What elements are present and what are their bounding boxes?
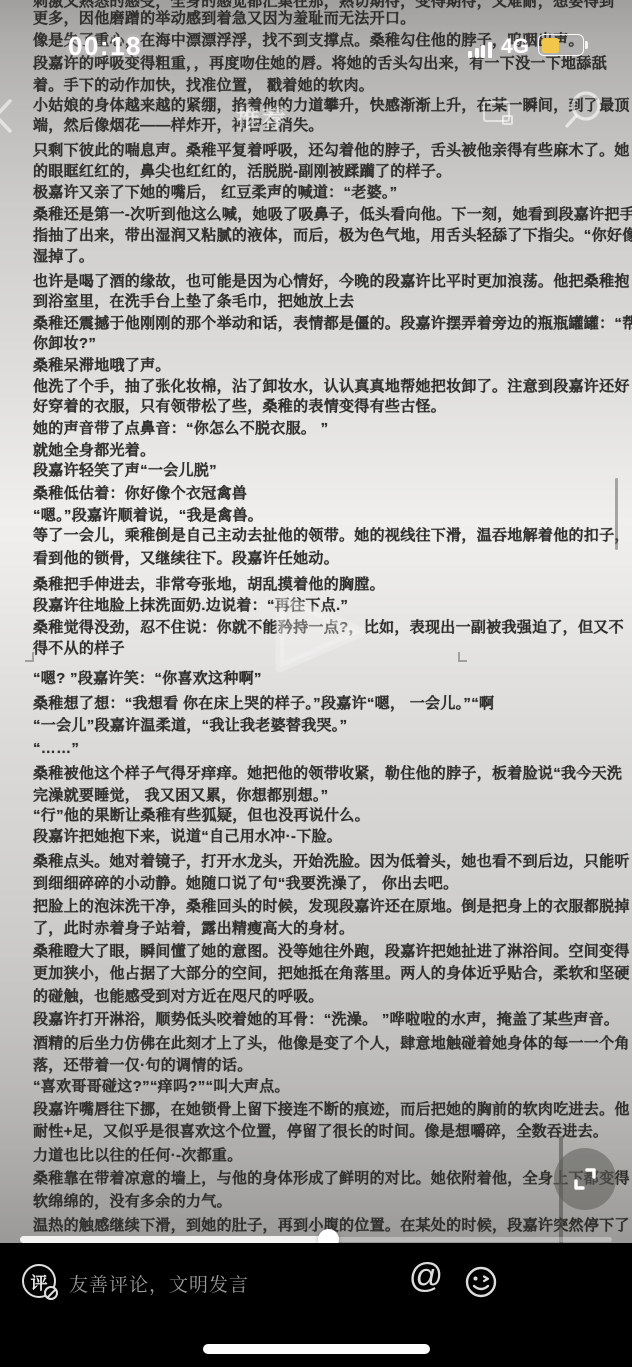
at-icon: @ — [409, 1257, 444, 1295]
text-line: 湿掉了。 — [33, 248, 94, 266]
danmaku-toggle-button[interactable] — [483, 101, 521, 131]
mention-button[interactable]: @ — [406, 1257, 446, 1301]
text-line: 桑稚靠在带着凉意的墙上，与他的身体形成了鲜明的对比。她依附着他，全身上下都变得 — [33, 1170, 630, 1188]
text-line: 段嘉许轻笑了声“一会儿脱” — [33, 462, 217, 480]
progress-track[interactable] — [20, 1237, 612, 1242]
crop-mark-left — [25, 652, 34, 662]
play-icon[interactable] — [272, 590, 368, 674]
text-line: 指抽了出来，带出湿润又粘腻的液体，而后，极为色气地，用舌头轻舔了下指尖。“你好像 — [33, 227, 632, 245]
text-line: 段嘉许嘴唇往下挪，在她锁骨上留下接连不断的痕迹，而后把她的胸前的软肉吃进去。他 — [33, 1101, 630, 1119]
text-line: “喜欢哥哥碰这?”“痒吗?”“叫大声点。 — [33, 1078, 290, 1096]
text-line: 桑稚瞪大了眼，瞬间懂了她的意图。没等她往外跑，段嘉许把她扯进了淋浴间。空间变得 — [33, 943, 630, 961]
text-line: “嗯。”段嘉许顺着说，“我是禽兽。 — [33, 507, 263, 525]
text-line: 落，还带着一仅·句的调情的话。 — [33, 1057, 253, 1075]
text-line: 的眼眶红红的，鼻尖也红红的，活脱脱-副刚被蹂躏了的样子。 — [33, 163, 451, 181]
expand-icon — [571, 1165, 599, 1193]
text-line: 把脸上的泡沫洗干净，桑稚回头的时候，发现段嘉许还在原地。倒是把身上的衣服都脱掉 — [33, 898, 630, 916]
danmaku-icon-small-square — [502, 115, 513, 125]
home-indicator[interactable] — [203, 1344, 430, 1354]
battery-tip — [585, 41, 588, 49]
text-line: 只剩下彼此的喘息声。桑稚平复着呼吸，还勾着他的脖子，舌头被他亲得有些麻木了。她 — [33, 142, 630, 160]
text-line: 耐性+足，又似乎是很喜欢这个位置，停留了很长的时间。像是想嚼碎，全数吞进去。 — [33, 1123, 608, 1141]
signal-bars-icon — [468, 40, 494, 58]
chevron-left-icon — [0, 97, 18, 135]
text-line: “行”他的果断让桑稚有些狐疑，但也没再说什么。 — [33, 807, 370, 825]
comment-restricted-icon — [44, 1286, 58, 1300]
comment-input-placeholder[interactable]: 友善评论，文明发言 — [69, 1270, 249, 1297]
battery-icon — [538, 34, 584, 56]
back-button[interactable] — [0, 97, 18, 135]
text-line: 桑稚想了想：“我想看 你在床上哭的样子。”段嘉许“嗯， 一会儿。”“啊 — [33, 695, 494, 713]
text-line: 桑稚点头。她对着镜子，打开水龙头，开始洗脸。因为低着头，她也看不到后边，只能听 — [33, 853, 630, 871]
text-line: 软绵绵的，没有多余的力气。 — [33, 1193, 232, 1211]
network-type: 4G — [501, 35, 529, 59]
search-button[interactable] — [561, 88, 607, 134]
text-line: 力道也比以往的任何·-次都重。 — [33, 1147, 243, 1165]
text-line: 到细细碎碎的小动静。她随口说了句“我要洗澡了， 你出去吧。 — [33, 875, 458, 893]
emoji-button[interactable] — [464, 1265, 498, 1299]
status-time: 00:18 — [68, 31, 142, 62]
search-icon — [561, 88, 607, 134]
text-line: 看到他的锁骨，又继续往下。段嘉许任她动。 — [33, 550, 339, 568]
crop-mark-right — [458, 652, 467, 662]
text-line: 的碰触，也能感受到对方近在咫尺的呼吸。 — [33, 988, 324, 1006]
text-line: 桑稚还是第一-次听到他这么喊，她吸了吸鼻子，低头看向他。下一刻，她看到段嘉许把手 — [33, 206, 632, 224]
text-line: 桑稚呆滞地哦了声。 — [33, 357, 171, 375]
text-line: 着。手下的动作加快，找准位置， 戳着她的软肉。 — [33, 77, 374, 95]
text-line: 等了一会儿，乘稚倒是自己主动去扯他的领带。她的视线往下滑，温吞地解着他的扣子， — [33, 527, 630, 545]
text-line: 更多，因他磨蹭的举动感到着急又因为羞耻而无法开口。 — [33, 10, 416, 28]
text-line: 段嘉许把她抱下来，说道“自己用水冲·-下脸。 — [33, 828, 342, 846]
battery-fill — [542, 38, 560, 53]
app-screen: 刺激又熟悉的感受，全身的感觉都汇集在那，熟切期待，变得期待，又难耐，想要得到更多… — [0, 0, 632, 1367]
text-line: 她的声音带了点鼻音：“你怎么不脱衣服。 ” — [33, 420, 328, 438]
text-line: 完澡就要睡觉， 我又困又累，你想都别想。” — [33, 787, 328, 805]
text-line: 段嘉许打开淋浴，顺势低头咬着她的耳骨：“洗澡。 ”哗啦啦的水声，掩盖了某些声音。 — [33, 1011, 619, 1029]
text-line: 桑稚还震撼于他刚刚的那个举动和话，表情都是僵的。段嘉许摆弄着旁边的瓶瓶罐罐：“帮 — [33, 315, 632, 333]
text-line: 就她全身都光着。 — [33, 442, 155, 460]
text-line: 到浴室里，在洗手台上垫了条毛巾，把她放上去 — [33, 293, 354, 311]
tab-recommend[interactable]: 推荐 — [236, 99, 288, 134]
text-line: 更加狭小，他占据了大部分的空间，把她抵在角落里。两人的身体近乎贴合，柔软和坚硬 — [33, 965, 630, 983]
text-line: “……” — [33, 740, 79, 758]
text-line: 极嘉许又亲了下她的嘴后， 红豆柔声的喊道：“老婆。” — [33, 184, 397, 202]
text-line: 他洗了个手，抽了张化妆棉，沾了卸妆水，认认真真地帮她把妆卸了。注意到段嘉许还好 — [33, 378, 630, 396]
text-line: 也许是喝了酒的缘故，也可能是因为心情好，今晚的段嘉许比平时更加浪荡。他把桑稚抱 — [33, 273, 630, 291]
text-line: 酒精的后坐力仿佛在此刻才上了头，他像是变了个人，肆意地触碰着她身体的每一一个角 — [33, 1035, 630, 1053]
video-progress-played — [20, 1236, 328, 1243]
text-line: 小姑娘的身体越来越的紧绷，掐着他的力道攀升，快感渐渐上升，在某一瞬间，到了最顶 — [33, 97, 630, 115]
page-scrollbar — [615, 478, 618, 550]
text-line: 桑稚被他这个样子气得牙痒痒。她把他的领带收紧，勒住他的脖子，板着脸说“我今天洗 — [33, 765, 622, 783]
text-line: 了，此时赤着身子站着，露出精瘦高大的身材。 — [33, 920, 354, 938]
text-line: “一会儿”段嘉许温柔道，“我让我老婆替我哭。” — [33, 717, 347, 735]
text-line: “嗯? ”段嘉许笑：“你喜欢这种啊” — [33, 670, 262, 688]
text-line: 得不从的样子 — [33, 640, 125, 658]
text-line: 好穿着的衣服，只有领带松了些，桑稚的表情变得有些古怪。 — [33, 398, 446, 416]
text-line: 你卸妆?” — [33, 335, 96, 353]
video-player[interactable]: 刺激又熟悉的感受，全身的感觉都汇集在那，熟切期待，变得期待，又难耐，想要得到更多… — [0, 0, 632, 1243]
smiley-icon — [464, 1265, 498, 1299]
fullscreen-button[interactable] — [554, 1148, 616, 1210]
text-line: 桑稚低估着：你好像个衣冠禽兽 — [33, 485, 247, 503]
